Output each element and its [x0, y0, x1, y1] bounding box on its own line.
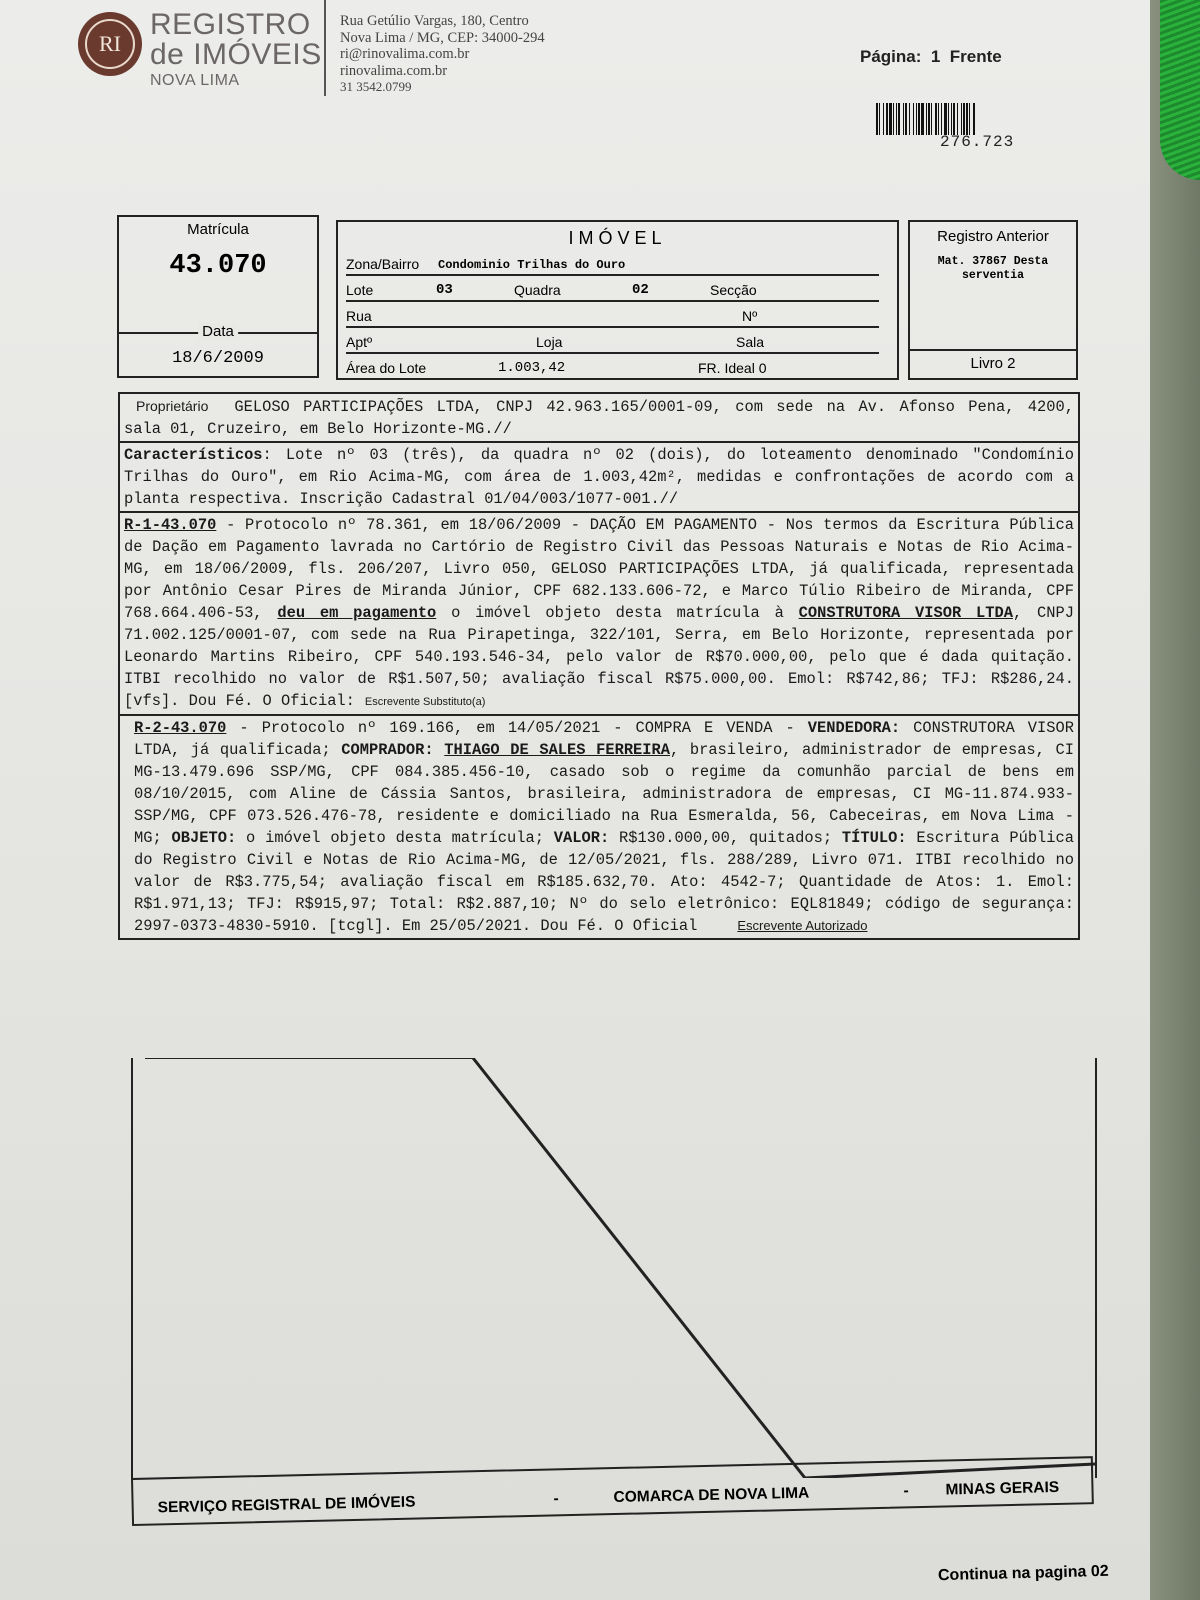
footer-separator-1: -: [553, 1490, 559, 1508]
r1-deu-em-pagamento: deu em pagamento: [277, 604, 436, 622]
registry-brand: REGISTRO de IMÓVEIS NOVA LIMA: [150, 10, 322, 89]
zona-row: Zona/Bairro Condominio Trilhas do Ouro: [346, 250, 879, 276]
r2-signature-caption: Escrevente Autorizado: [737, 918, 867, 933]
matricula-date: 18/6/2009: [119, 349, 317, 368]
matricula-body: ProprietárioGELOSO PARTICIPAÇÕES LTDA, C…: [118, 392, 1080, 940]
lote-row: Lote 03 Quadra 02 Secção: [346, 276, 879, 302]
apto-row: Aptº Loja Sala: [346, 328, 879, 354]
r2-comprador-label: COMPRADOR:: [341, 741, 433, 759]
zona-label: Zona/Bairro: [346, 256, 419, 272]
r1-text-b: o imóvel objeto desta matrícula à: [436, 604, 798, 622]
registry-logo-icon: RI: [78, 12, 142, 76]
registro-anterior-divider: [910, 349, 1076, 351]
quadra-value: 02: [632, 282, 649, 298]
r2-comprador: THIAGO DE SALES FERREIRA: [444, 741, 670, 759]
area-row: Área do Lote 1.003,42 FR. Ideal 0: [346, 354, 879, 378]
rua-row: Rua Nº: [346, 302, 879, 328]
lote-label: Lote: [346, 282, 373, 298]
registro-anterior-box: Registro Anterior Mat. 37867 Desta serve…: [908, 220, 1078, 380]
registro-r1: R-1-43.070 - Protocolo nº 78.361, em 18/…: [120, 513, 1078, 716]
apto-label: Aptº: [346, 334, 372, 350]
imovel-title: IMÓVEL: [338, 228, 897, 249]
address-website: rinovalima.com.br: [340, 63, 545, 80]
zona-value: Condominio Trilhas do Ouro: [438, 258, 625, 272]
address-email: ri@rinovalima.com.br: [340, 46, 545, 63]
footer-separator-2: -: [903, 1482, 909, 1500]
continua-note: Continua na pagina 02: [938, 1563, 1109, 1585]
caracteristicos-section: Característicos: Lote nº 03 (três), da q…: [120, 443, 1078, 513]
registry-address: Rua Getúlio Vargas, 180, Centro Nova Lim…: [340, 13, 545, 96]
numero-label: Nº: [742, 308, 757, 324]
green-object: [1160, 0, 1200, 180]
caracteristicos-text: : Lote nº 03 (três), da quadra nº 02 (do…: [124, 446, 1074, 508]
r1-adquirente: CONSTRUTORA VISOR LTDA: [799, 604, 1013, 622]
area-value: 1.003,42: [498, 360, 565, 376]
proprietario-text: GELOSO PARTICIPAÇÕES LTDA, CNPJ 42.963.1…: [124, 398, 1074, 438]
brand-line-2: de IMÓVEIS: [150, 40, 322, 70]
cancel-diagonal-line: [133, 1058, 1095, 1478]
footer-service: SERVIÇO REGISTRAL DE IMÓVEIS: [157, 1494, 415, 1518]
header-divider: [324, 0, 326, 96]
quadra-label: Quadra: [514, 282, 561, 298]
background-surface: [1148, 0, 1200, 1600]
matricula-label: Matrícula: [119, 221, 317, 238]
r2-titulo-label: TÍTULO:: [842, 829, 907, 847]
fr-ideal: FR. Ideal 0: [698, 360, 766, 376]
r1-signature-caption: Escrevente Substituto(a): [365, 696, 485, 708]
r2-text-d: o imóvel objeto desta matrícula;: [236, 829, 554, 847]
footer-state: MINAS GERAIS: [945, 1479, 1059, 1500]
r2-text-e: R$130.000,00, quitados;: [609, 829, 842, 847]
barcode-number: 276.723: [940, 133, 1014, 151]
data-label: Data: [198, 323, 238, 340]
area-label: Área do Lote: [346, 360, 426, 376]
document-page: RI REGISTRO de IMÓVEIS NOVA LIMA Rua Get…: [0, 0, 1150, 1600]
address-phone: 31 3542.0799: [340, 79, 545, 96]
registro-r2: R-2-43.070 - Protocolo nº 169.166, em 14…: [120, 716, 1078, 938]
logo-initials: RI: [85, 19, 135, 69]
r2-objeto-label: OBJETO:: [172, 829, 237, 847]
registro-anterior-value: Mat. 37867 Desta serventia: [914, 255, 1072, 283]
proprietario-label: Proprietário: [136, 398, 208, 414]
sala-label: Sala: [736, 334, 764, 350]
proprietario-section: ProprietárioGELOSO PARTICIPAÇÕES LTDA, C…: [120, 394, 1078, 443]
address-street: Rua Getúlio Vargas, 180, Centro: [340, 13, 545, 30]
footer-comarca: COMARCA DE NOVA LIMA: [613, 1485, 809, 1507]
registro-anterior-label: Registro Anterior: [910, 228, 1076, 245]
seccao-label: Secção: [710, 282, 757, 298]
matricula-number: 43.070: [119, 251, 317, 281]
rua-label: Rua: [346, 308, 372, 324]
brand-line-3: NOVA LIMA: [150, 73, 322, 89]
caracteristicos-label: Característicos: [124, 446, 263, 464]
r2-vendedora-label: VENDEDORA:: [808, 719, 900, 737]
r1-id: R-1-43.070: [124, 516, 216, 534]
r2-valor-label: VALOR:: [554, 829, 609, 847]
loja-label: Loja: [536, 334, 562, 350]
r2-text-a: - Protocolo nº 169.166, em 14/05/2021 - …: [226, 719, 807, 737]
imovel-box: IMÓVEL Zona/Bairro Condominio Trilhas do…: [336, 220, 899, 380]
address-city: Nova Lima / MG, CEP: 34000-294: [340, 30, 545, 47]
page-indicator: Página: 1 Frente: [860, 47, 1002, 67]
cancelled-blank-area: [131, 1058, 1097, 1478]
r2-id: R-2-43.070: [134, 719, 226, 737]
livro-label: Livro 2: [910, 355, 1076, 372]
barcode: [876, 103, 1084, 135]
lote-value: 03: [436, 282, 453, 298]
matricula-box: Matrícula 43.070 Data 18/6/2009: [117, 215, 319, 378]
brand-line-1: REGISTRO: [150, 10, 322, 40]
